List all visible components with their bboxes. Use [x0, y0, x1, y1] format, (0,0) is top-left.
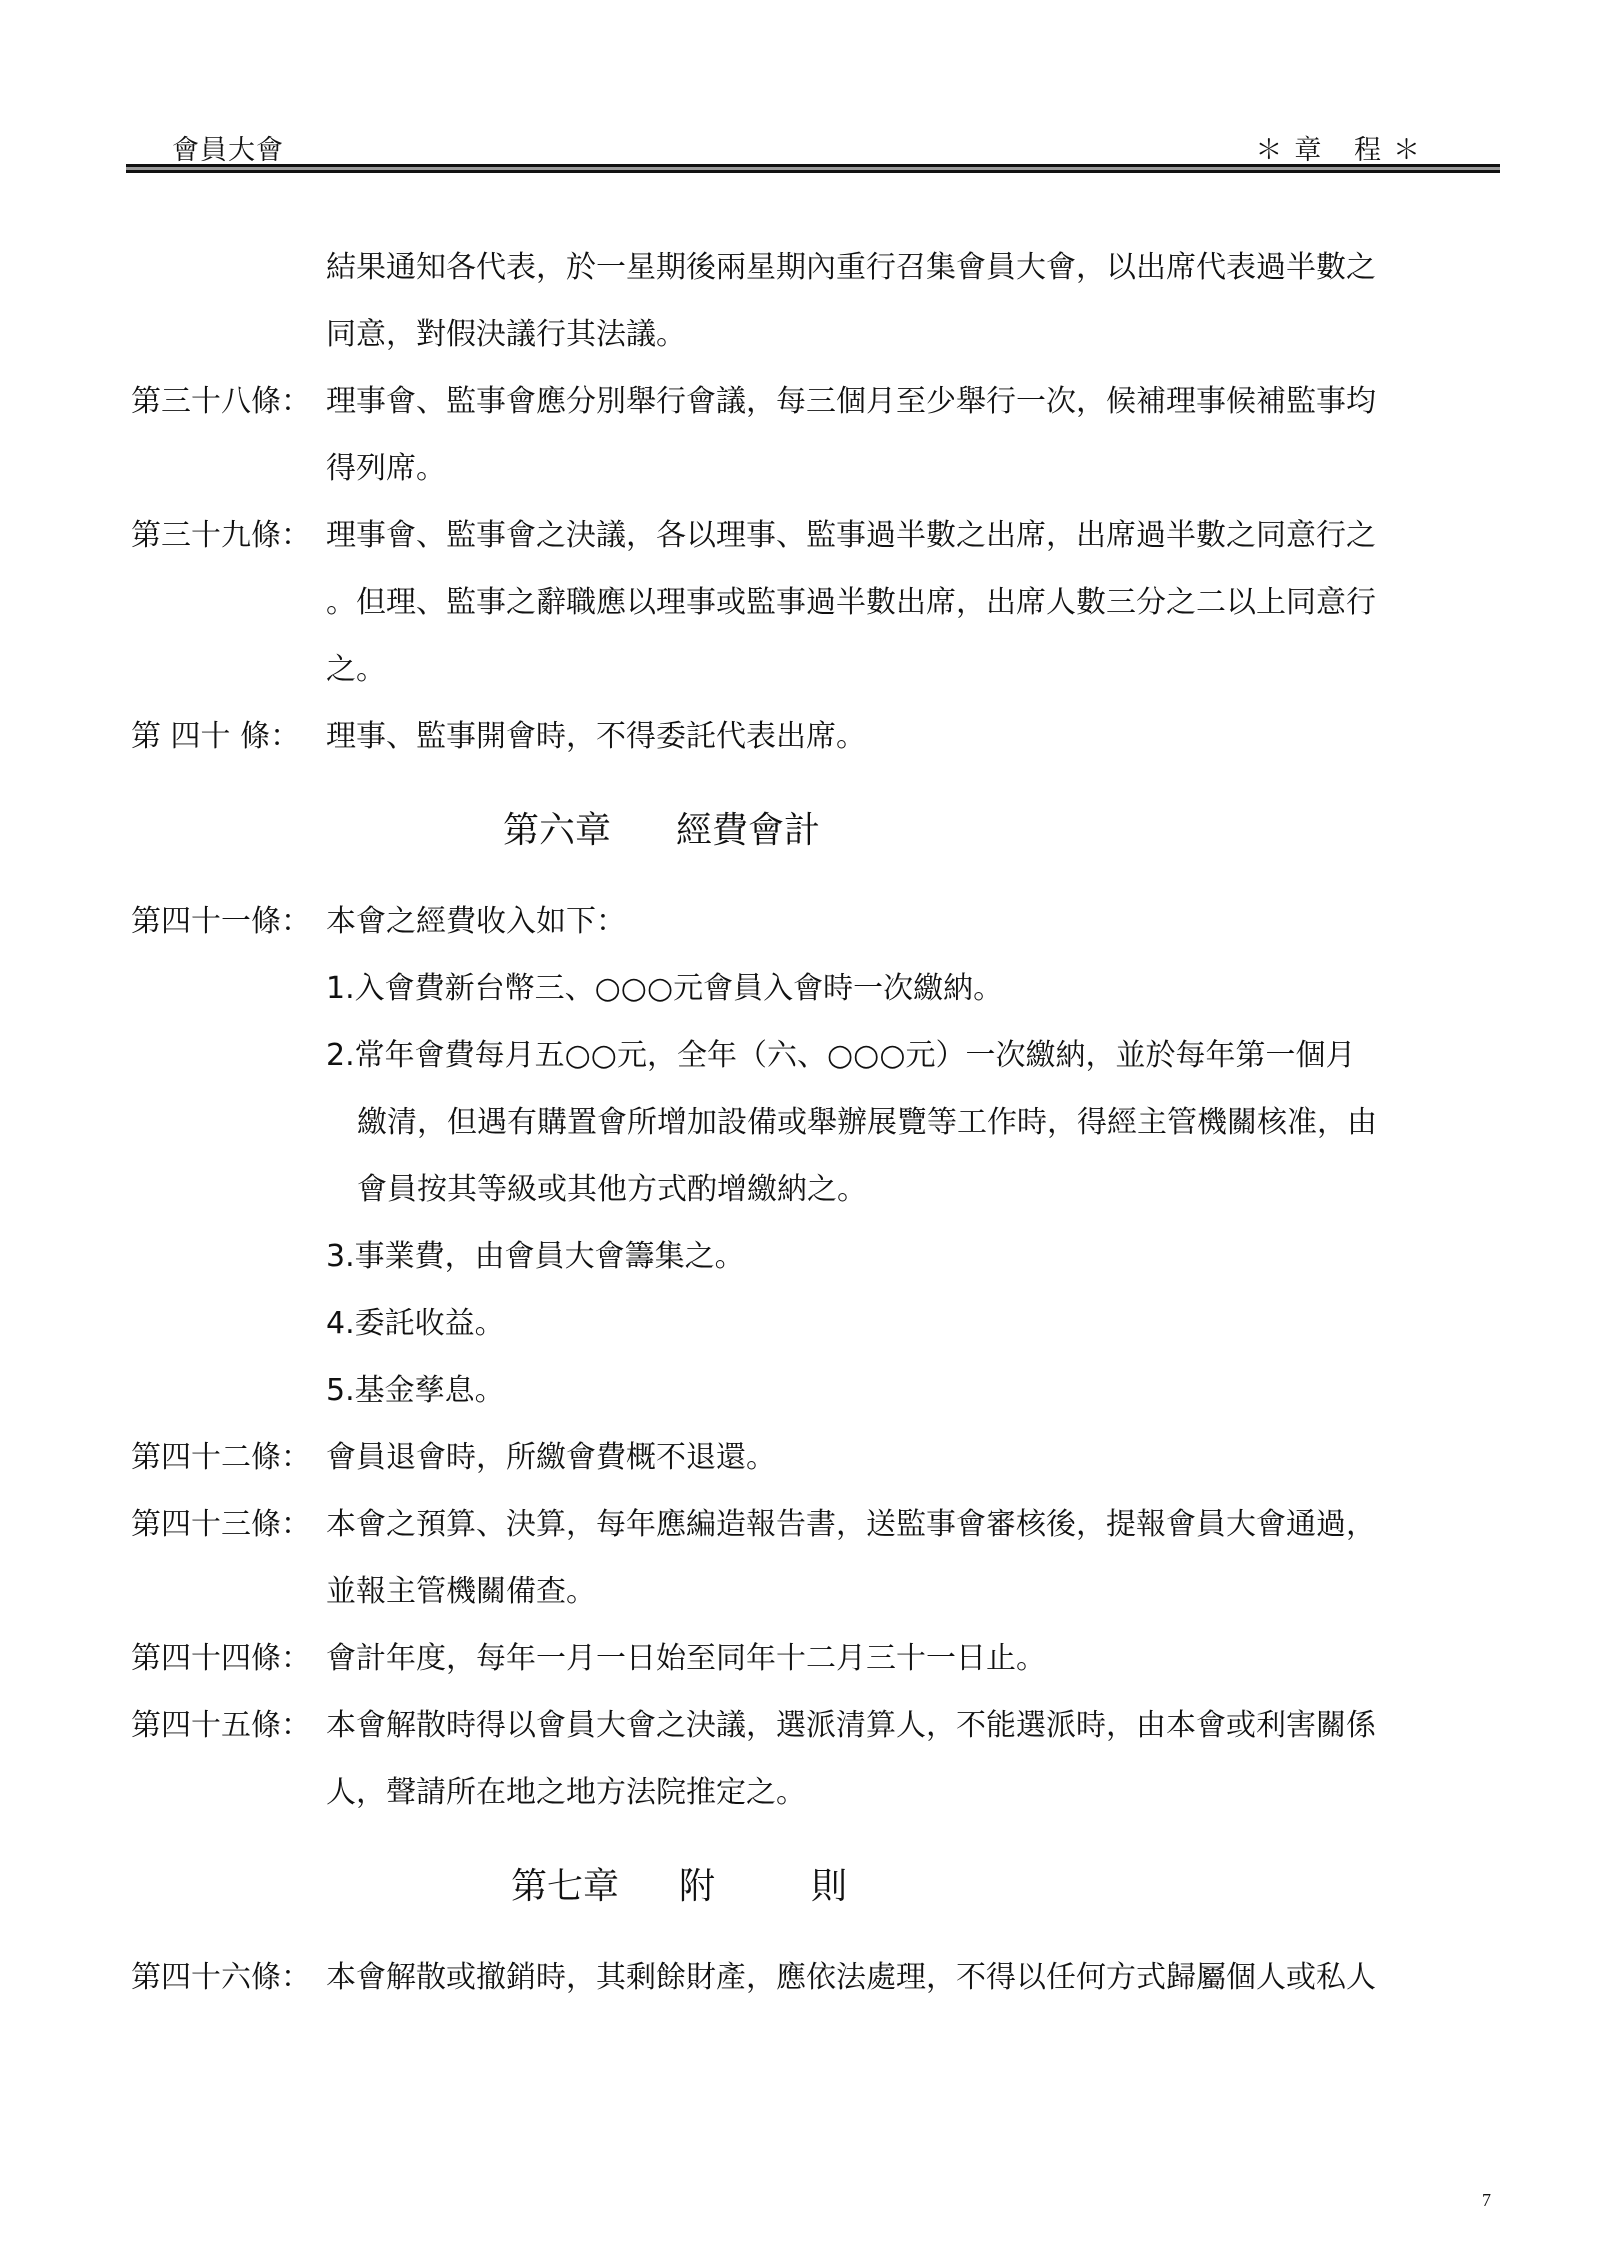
article-label: 第三十八條：: [131, 382, 326, 422]
article-label: 第四十四條：: [131, 1639, 326, 1679]
header-doc-type: ＊章 程＊: [1255, 128, 1432, 167]
chapter-heading-7: 第七章 附 則: [131, 1840, 1471, 1958]
article-44: 第四十四條：會計年度，每年一月一日始至同年十二月三十一日止。: [131, 1639, 1471, 1706]
paragraph-line: 結果通知各代表，於一星期後兩星期內重行召集會員大會，以出席代表過半數之: [131, 248, 1471, 315]
article-46: 第四十六條：本會解散或撤銷時，其剩餘財產，應依法處理，不得以任何方式歸屬個人或私…: [131, 1958, 1471, 2025]
header-rule: [126, 164, 1500, 174]
article-42: 第四十二條：會員退會時，所繳會費概不退還。: [131, 1438, 1471, 1505]
paragraph-line: 並報主管機關備查。: [131, 1572, 1471, 1639]
paragraph-line: 之。: [131, 650, 1471, 717]
paragraph-line: 得列席。: [131, 449, 1471, 516]
chapter-heading-6: 第六章 經費會計: [131, 784, 1471, 902]
list-item: 2.常年會費每月五○○元，全年（六、○○○元）一次繳納，並於每年第一個月: [131, 1036, 1471, 1103]
article-45: 第四十五條：本會解散時得以會員大會之決議，選派清算人，不能選派時，由本會或利害關…: [131, 1706, 1471, 1773]
list-item: 1.入會費新台幣三、○○○元會員入會時一次繳納。: [131, 969, 1471, 1036]
article-39: 第三十九條：理事會、監事會之決議，各以理事、監事過半數之出席，出席過半數之同意行…: [131, 516, 1471, 583]
article-label: 第三十九條：: [131, 516, 326, 556]
list-item-cont: 會員按其等級或其他方式酌增繳納之。: [131, 1170, 1471, 1237]
paragraph-line: 。但理、監事之辭職應以理事或監事過半數出席，出席人數三分之二以上同意行: [131, 583, 1471, 650]
article-43: 第四十三條：本會之預算、決算，每年應編造報告書，送監事會審核後，提報會員大會通過…: [131, 1505, 1471, 1572]
article-38: 第三十八條：理事會、監事會應分別舉行會議，每三個月至少舉行一次，候補理事候補監事…: [131, 382, 1471, 449]
article-label: 第四十三條：: [131, 1505, 326, 1545]
document-body: 結果通知各代表，於一星期後兩星期內重行召集會員大會，以出席代表過半數之 同意，對…: [131, 248, 1471, 2025]
list-item: 3.事業費，由會員大會籌集之。: [131, 1237, 1471, 1304]
article-41: 第四十一條：本會之經費收入如下：: [131, 902, 1471, 969]
article-label: 第 四十 條：: [131, 717, 326, 757]
header-org-name: 會員大會: [172, 128, 284, 167]
list-item: 4.委託收益。: [131, 1304, 1471, 1371]
article-label: 第四十五條：: [131, 1706, 326, 1746]
page-number: 7: [1482, 2190, 1491, 2211]
article-label: 第四十二條：: [131, 1438, 326, 1478]
article-label: 第四十六條：: [131, 1958, 326, 1998]
list-item: 5.基金孳息。: [131, 1371, 1471, 1438]
article-40: 第 四十 條：理事、監事開會時，不得委託代表出席。: [131, 717, 1471, 784]
list-item-cont: 繳清，但遇有購置會所增加設備或舉辦展覽等工作時，得經主管機關核准，由: [131, 1103, 1471, 1170]
paragraph-line: 人，聲請所在地之地方法院推定之。: [131, 1773, 1471, 1840]
paragraph-line: 同意，對假決議行其法議。: [131, 315, 1471, 382]
article-label: 第四十一條：: [131, 902, 326, 942]
